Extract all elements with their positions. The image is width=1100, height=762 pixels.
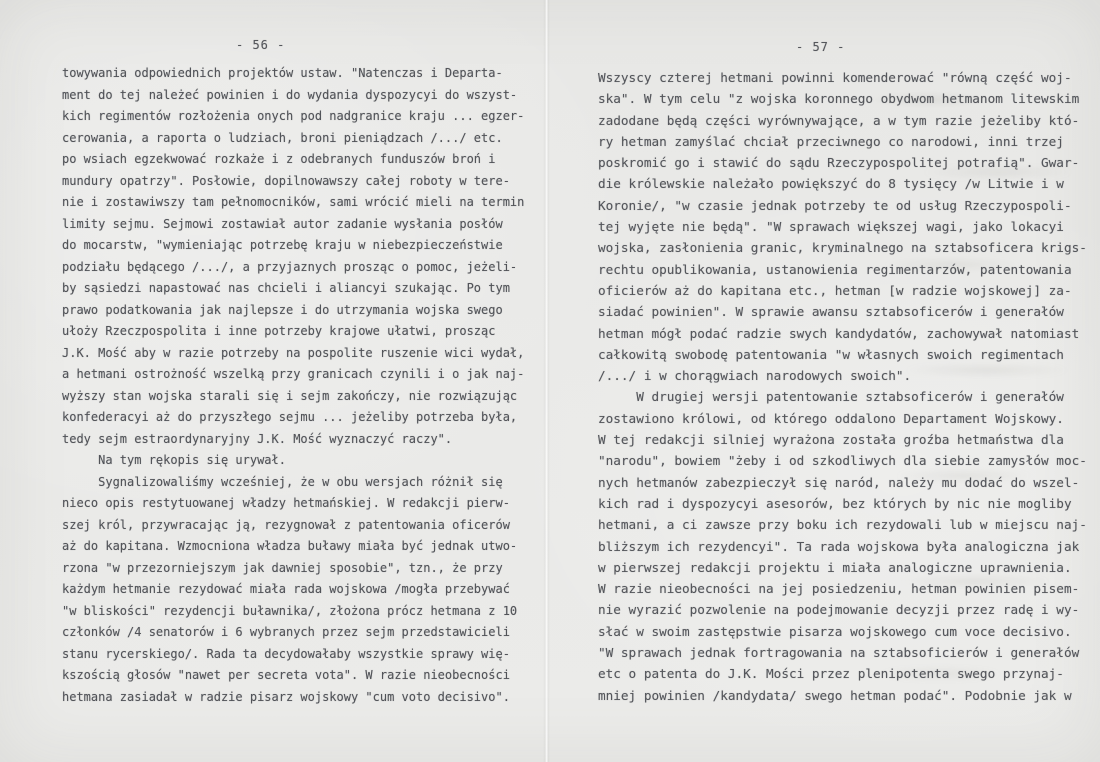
- text-line: po wsiach egzekwować rozkaże i z odebran…: [62, 149, 524, 171]
- text-line: tedy sejm estraordynaryjny J.K. Mość wyz…: [62, 429, 524, 451]
- text-line: całkowitą swobodę patentowania "w własny…: [598, 344, 1087, 365]
- text-line: rechtu opublikowania, ustanowienia regim…: [598, 259, 1087, 280]
- text-line: hetman mógł podać radzie swych kandydató…: [598, 323, 1087, 344]
- text-line: ska". W tym celu "z wojska koronnego oby…: [598, 88, 1087, 109]
- text-line: kich regimentów rozłożenia onych pod nad…: [62, 106, 524, 128]
- text-line: "narodu", bowiem "żeby i od szkodliwych …: [598, 450, 1087, 471]
- text-line: bliższym ich rezydencyi". Ta rada wojsko…: [598, 536, 1087, 557]
- paper-fold-crease: [543, 0, 550, 762]
- text-line: /.../ i w chorągwiach narodowych swoich"…: [598, 365, 1087, 386]
- text-line: stanu rycerskiego/. Rada ta decydowałaby…: [62, 644, 524, 666]
- text-line: zostawiono królowi, od którego oddalono …: [598, 408, 1087, 429]
- text-line: hetmani, a ci zawsze przy boku ich rezyd…: [598, 514, 1087, 535]
- text-line: kszością głosów "nawet per secreta vota"…: [62, 665, 524, 687]
- text-line: Sygnalizowaliśmy wcześniej, że w obu wer…: [62, 472, 524, 494]
- text-line: tej wyjęte nie będą". "W sprawach większ…: [598, 216, 1087, 237]
- text-line: towywania odpowiednich projektów ustaw. …: [62, 63, 524, 85]
- text-line: mniej powinien /kandydata/ swego hetman …: [598, 685, 1087, 706]
- text-line: by sąsiedzi napastować nas chcieli i ali…: [62, 278, 524, 300]
- text-line: mundury opatrzy". Posłowie, dopilnowawsz…: [62, 171, 524, 193]
- text-line: J.K. Mość aby w razie potrzeby na pospol…: [62, 343, 524, 365]
- text-line: ment do tej należeć powinien i do wydani…: [62, 85, 524, 107]
- text-line: limity sejmu. Sejmowi zostawiał autor za…: [62, 214, 524, 236]
- text-line: etc o patenta do J.K. Mości przez plenip…: [598, 663, 1087, 684]
- text-line: członków /4 senatorów i 6 wybranych prze…: [62, 622, 524, 644]
- text-line: W razie nieobecności na jej posiedzeniu,…: [598, 578, 1087, 599]
- text-line: kich rad i dyspozycyi asesorów, bez któr…: [598, 493, 1087, 514]
- page-57-body: Wszyscy czterej hetmani powinni komender…: [598, 67, 1087, 706]
- text-line: nie wyrazić pozwolenie na podejmowanie d…: [598, 599, 1087, 620]
- text-line: prawo podatkowania jak najlepsze i do ut…: [62, 300, 524, 322]
- text-line: podziału będącego /.../, a przyjaznych p…: [62, 257, 524, 279]
- text-line: w pierwszej redakcji projektu i miała an…: [598, 557, 1087, 578]
- text-line: oficierów aż do kapitana etc., hetman [w…: [598, 280, 1087, 301]
- page-56-body: towywania odpowiednich projektów ustaw. …: [62, 63, 524, 708]
- text-line: nieco opis restytuowanej władzy hetmańsk…: [62, 493, 524, 515]
- text-line: nych hetmanów zabezpieczył się naród, na…: [598, 472, 1087, 493]
- text-line: aż do kapitana. Wzmocniona władza buławy…: [62, 536, 524, 558]
- text-line: Na tym rękopis się urywał.: [62, 450, 524, 472]
- text-line: ułoży Rzeczpospolita i inne potrzeby kra…: [62, 321, 524, 343]
- text-line: W tej redakcji silniej wyrażona została …: [598, 429, 1087, 450]
- page-number-56: - 56 -: [236, 38, 285, 52]
- text-line: "w bliskości" rezydencji buławnika/, zło…: [62, 601, 524, 623]
- text-line: cerowania, a raporta o ludziach, broni p…: [62, 128, 524, 150]
- text-line: W drugiej wersji patentowanie sztabsofic…: [598, 386, 1087, 407]
- text-line: wyższy stan wojska starali się i sejm za…: [62, 386, 524, 408]
- text-line: siadać powinien". W sprawie awansu sztab…: [598, 301, 1087, 322]
- text-line: Koronie/, "w czasie jednak potrzeby te o…: [598, 195, 1087, 216]
- text-line: wojska, zasłonienia granic, kryminalnego…: [598, 237, 1087, 258]
- text-line: każdym hetmanie rezydować miała rada woj…: [62, 579, 524, 601]
- text-line: konfederacyi aż do przyszłego sejmu ... …: [62, 407, 524, 429]
- text-line: Wszyscy czterej hetmani powinni komender…: [598, 67, 1087, 88]
- text-line: szej król, przywracając ją, rezygnował z…: [62, 515, 524, 537]
- scanned-document-background: - 56 - towywania odpowiednich projektów …: [0, 0, 1100, 762]
- text-line: hetmana zasiadał w radzie pisarz wojskow…: [62, 687, 524, 709]
- text-line: "W sprawach jednak fortragowania na szta…: [598, 642, 1087, 663]
- text-line: słać w swoim zastępstwie pisarza wojskow…: [598, 621, 1087, 642]
- text-line: die królewskie należało powiększyć do 8 …: [598, 173, 1087, 194]
- text-line: a hetmani ostrożność wszelką przy granic…: [62, 364, 524, 386]
- text-line: do mocarstw, "wymieniając potrzebę kraju…: [62, 235, 524, 257]
- text-line: poskromić go i stawić do sądu Rzeczyposp…: [598, 152, 1087, 173]
- text-line: ry hetman zamyślać chciał przeciwnego co…: [598, 131, 1087, 152]
- text-line: nie i zostawiwszy tam pełnomocników, sam…: [62, 192, 524, 214]
- text-line: rzona "w przezorniejszym jak dawniej spo…: [62, 558, 524, 580]
- text-line: zadodane będą części wyrównywające, a w …: [598, 110, 1087, 131]
- page-number-57: - 57 -: [796, 40, 845, 54]
